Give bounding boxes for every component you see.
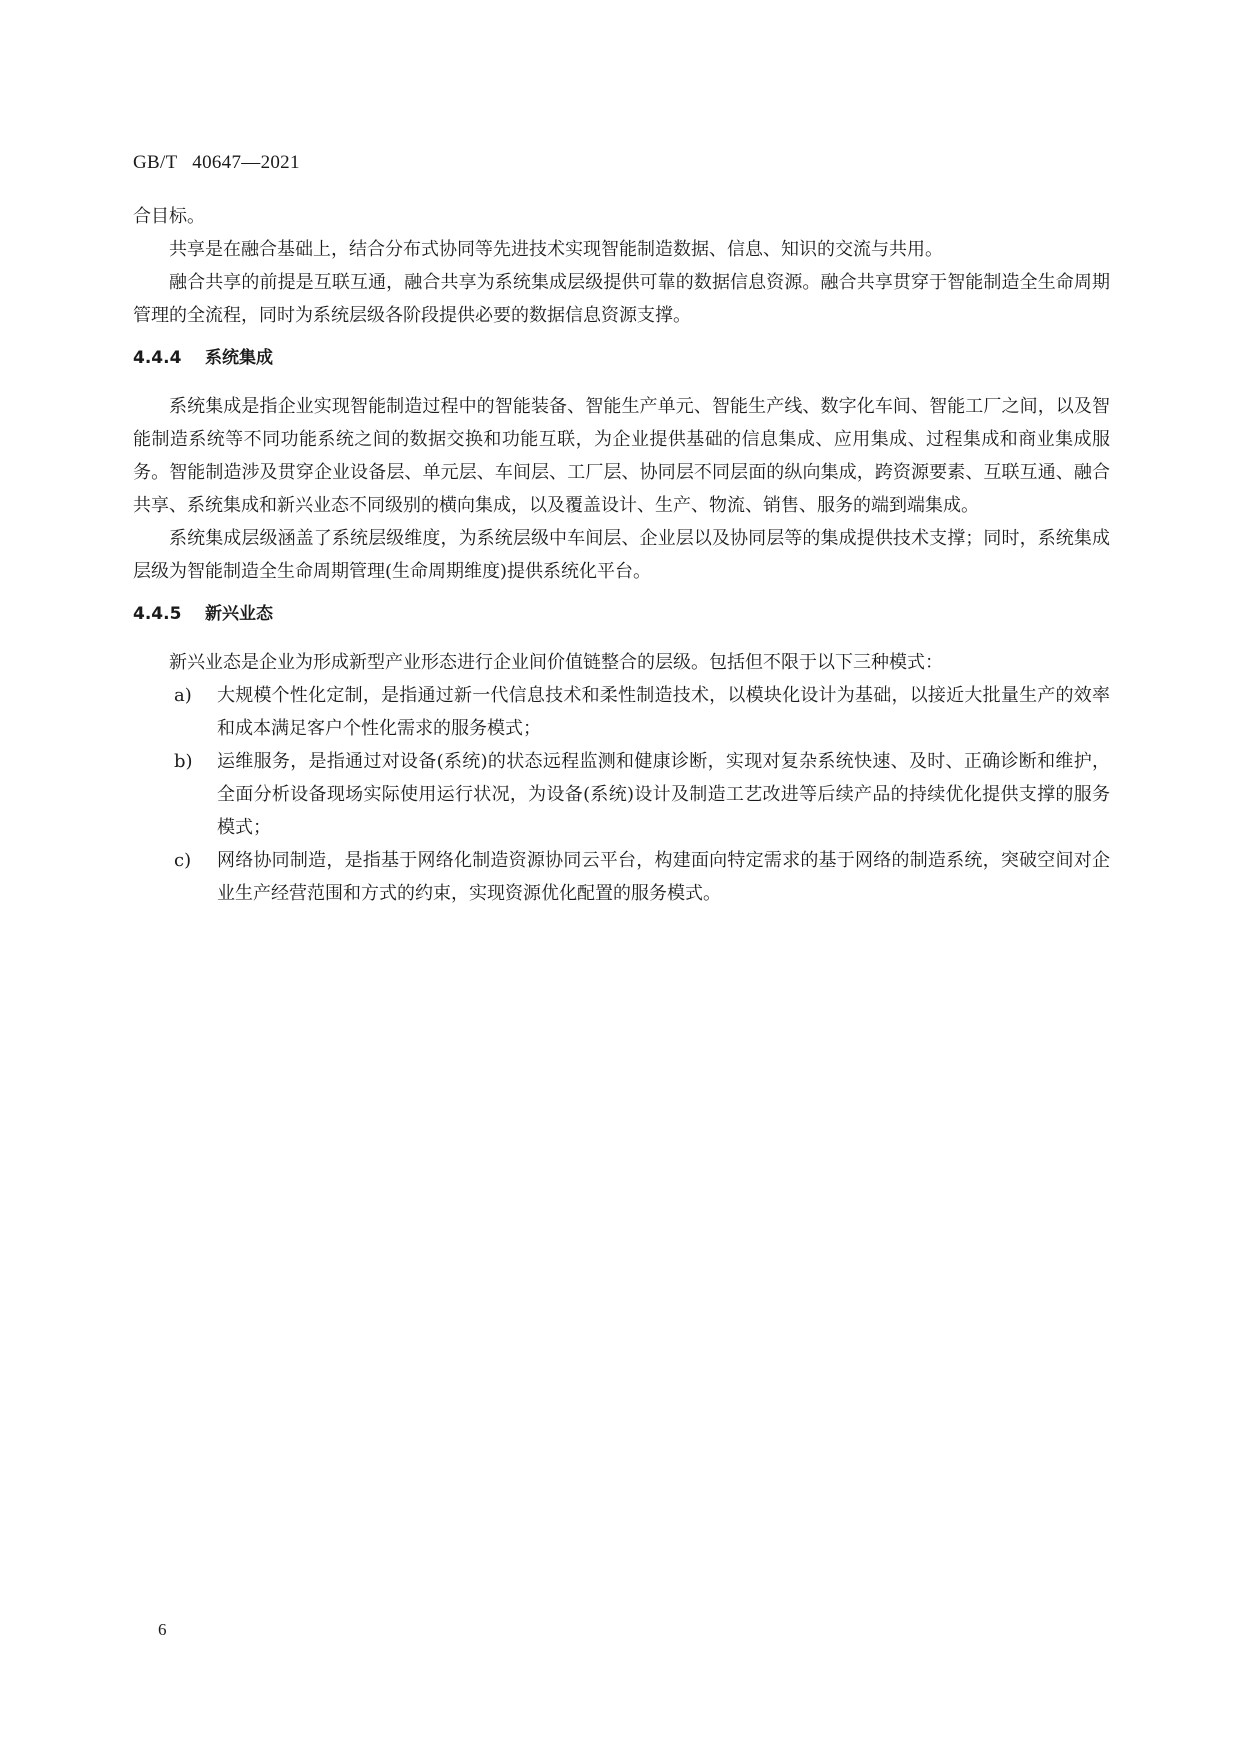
paragraph-new-business-intro: 新兴业态是企业为形成新型产业形态进行企业间价值链整合的层级。包括但不限于以下三种… xyxy=(133,646,1110,679)
section-heading-4-4-5: 4.4.5新兴业态 xyxy=(133,602,1110,626)
list-marker: b) xyxy=(174,745,193,778)
section-title: 系统集成 xyxy=(205,348,273,368)
list-item-text: 网络协同制造，是指基于网络化制造资源协同云平台，构建面向特定需求的基于网络的制造… xyxy=(217,850,1110,904)
paragraph-sharing: 共享是在融合基础上，结合分布式协同等先进技术实现智能制造数据、信息、知识的交流与… xyxy=(133,233,1110,266)
section-number: 4.4.4 xyxy=(133,346,205,370)
business-mode-list: a) 大规模个性化定制，是指通过新一代信息技术和柔性制造技术，以模块化设计为基础… xyxy=(133,679,1110,910)
section-title: 新兴业态 xyxy=(205,604,273,624)
list-item-text: 运维服务，是指通过对设备(系统)的状态远程监测和健康诊断，实现对复杂系统快速、及… xyxy=(217,751,1110,838)
paragraph-continuation: 合目标。 xyxy=(133,200,1110,233)
list-item: a) 大规模个性化定制，是指通过新一代信息技术和柔性制造技术，以模块化设计为基础… xyxy=(133,679,1110,745)
list-item: b) 运维服务，是指通过对设备(系统)的状态远程监测和健康诊断，实现对复杂系统快… xyxy=(133,745,1110,844)
standard-code-header: GB/T 40647—2021 xyxy=(133,152,300,174)
paragraph-fusion-sharing: 融合共享的前提是互联互通，融合共享为系统集成层级提供可靠的数据信息资源。融合共享… xyxy=(133,266,1110,332)
list-item-text: 大规模个性化定制，是指通过新一代信息技术和柔性制造技术，以模块化设计为基础，以接… xyxy=(217,685,1110,739)
section-heading-4-4-4: 4.4.4系统集成 xyxy=(133,346,1110,370)
list-item: c) 网络协同制造，是指基于网络化制造资源协同云平台，构建面向特定需求的基于网络… xyxy=(133,844,1110,910)
page-number: 6 xyxy=(158,1620,167,1640)
list-marker: c) xyxy=(174,844,191,877)
paragraph-system-integration-scope: 系统集成层级涵盖了系统层级维度，为系统层级中车间层、企业层以及协同层等的集成提供… xyxy=(133,522,1110,588)
paragraph-system-integration-definition: 系统集成是指企业实现智能制造过程中的智能装备、智能生产单元、智能生产线、数字化车… xyxy=(133,390,1110,522)
document-body: 合目标。 共享是在融合基础上，结合分布式协同等先进技术实现智能制造数据、信息、知… xyxy=(133,200,1110,910)
list-marker: a) xyxy=(174,679,192,712)
section-number: 4.4.5 xyxy=(133,602,205,626)
document-page: GB/T 40647—2021 合目标。 共享是在融合基础上，结合分布式协同等先… xyxy=(0,0,1240,1755)
